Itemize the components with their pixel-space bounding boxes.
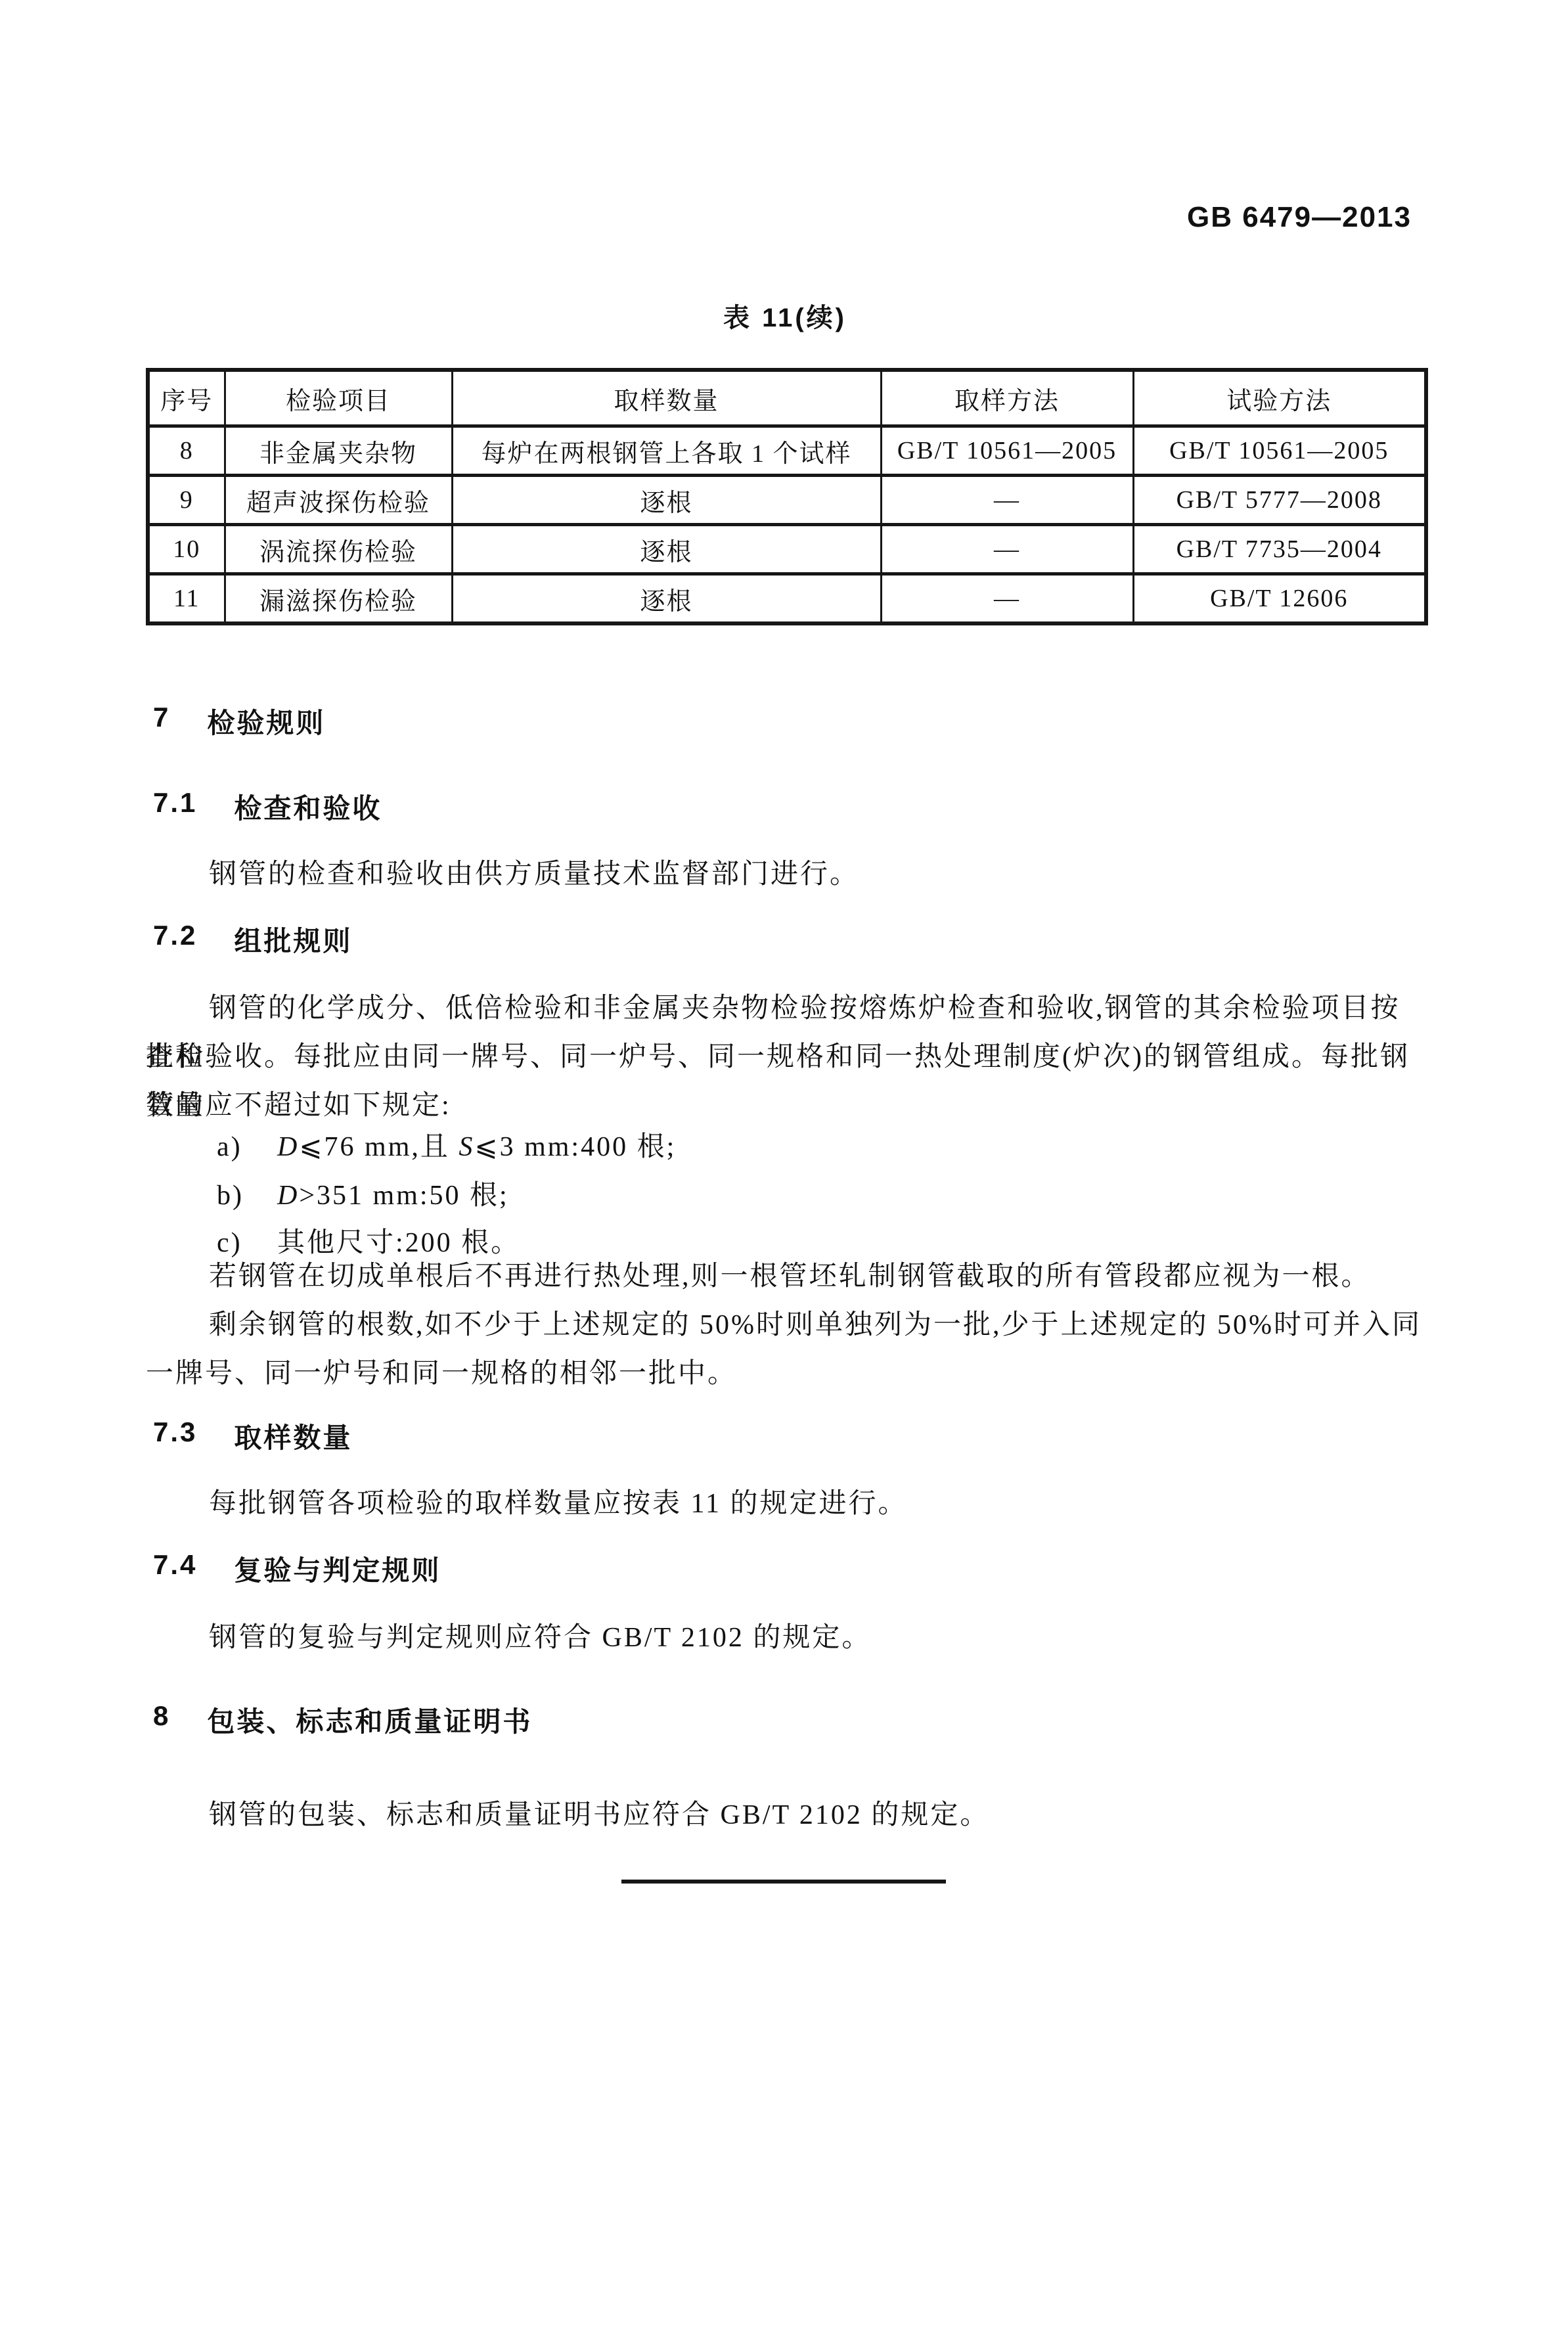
cell-no: 10	[148, 525, 225, 574]
col-header-no: 序号	[148, 370, 225, 426]
cell-test: GB/T 7735—2004	[1133, 525, 1426, 574]
table-header-row: 序号 检验项目 取样数量 取样方法 试验方法	[148, 370, 1426, 426]
list-text: ⩽76 mm,且	[299, 1132, 459, 1162]
section-7-2-paragraph: 若钢管在切成单根后不再进行热处理,则一根管坯轧制钢管截取的所有管段都应视为一根。	[146, 1252, 1424, 1301]
table-row: 8 非金属夹杂物 每炉在两根钢管上各取 1 个试样 GB/T 10561—200…	[148, 426, 1426, 476]
cell-quantity: 逐根	[452, 574, 881, 624]
section-7-3-paragraph: 每批钢管各项检验的取样数量应按表 11 的规定进行。	[146, 1479, 1424, 1528]
cell-quantity: 逐根	[452, 476, 881, 525]
section-8-heading: 8 包装、标志和质量证明书	[153, 1700, 1424, 1740]
cell-method: —	[881, 525, 1133, 574]
cell-test: GB/T 10561—2005	[1133, 426, 1426, 476]
list-text: >351 mm:50 根;	[299, 1181, 508, 1211]
section-7-3-heading: 7.3 取样数量	[153, 1416, 1424, 1456]
end-of-document-rule	[621, 1880, 946, 1884]
batch-rule-item-a: a)D⩽76 mm,且 S⩽3 mm:400 根;	[217, 1125, 1424, 1164]
col-header-item: 检验项目	[225, 370, 452, 426]
list-label: b)	[217, 1180, 277, 1211]
cell-test: GB/T 5777—2008	[1133, 476, 1426, 525]
col-header-method: 取样方法	[881, 370, 1133, 426]
cell-no: 8	[148, 426, 225, 476]
table-row: 10 涡流探伤检验 逐根 — GB/T 7735—2004	[148, 525, 1426, 574]
sampling-table-wrap: 序号 检验项目 取样数量 取样方法 试验方法 8 非金属夹杂物 每炉在两根钢管上…	[146, 368, 1424, 625]
symbol-S: S	[459, 1132, 474, 1162]
cell-item: 非金属夹杂物	[225, 426, 452, 476]
list-text: ⩽3 mm:400 根;	[474, 1132, 676, 1162]
section-number: 7.3	[153, 1416, 197, 1456]
section-title: 检验规则	[207, 702, 325, 741]
section-number: 7.1	[153, 787, 197, 826]
cell-quantity: 每炉在两根钢管上各取 1 个试样	[452, 426, 881, 476]
cell-item: 漏滋探伤检验	[225, 574, 452, 624]
section-7-1-paragraph: 钢管的检查和验收由供方质量技术监督部门进行。	[146, 850, 1424, 899]
section-title: 组批规则	[234, 920, 352, 959]
col-header-quantity: 取样数量	[452, 370, 881, 426]
symbol-D: D	[277, 1132, 299, 1162]
sampling-table: 序号 检验项目 取样数量 取样方法 试验方法 8 非金属夹杂物 每炉在两根钢管上…	[146, 368, 1428, 625]
section-title: 检查和验收	[234, 787, 382, 826]
section-number: 7	[153, 702, 170, 741]
table-row: 9 超声波探伤检验 逐根 — GB/T 5777—2008	[148, 476, 1426, 525]
section-7-4-heading: 7.4 复验与判定规则	[153, 1549, 1424, 1589]
cell-quantity: 逐根	[452, 525, 881, 574]
list-label: a)	[217, 1131, 277, 1163]
section-7-2-paragraph-line: 数量应不超过如下规定:	[146, 1081, 1424, 1130]
section-7-4-paragraph: 钢管的复验与判定规则应符合 GB/T 2102 的规定。	[146, 1614, 1424, 1662]
doc-number: GB 6479—2013	[1187, 201, 1412, 234]
cell-no: 9	[148, 476, 225, 525]
section-title: 包装、标志和质量证明书	[207, 1700, 532, 1740]
section-7-2-heading: 7.2 组批规则	[153, 920, 1424, 959]
document-page: GB 6479—2013 表 11(续) 序号 检验项目 取样数量 取样方法 试…	[0, 0, 1568, 2325]
section-7-heading: 7 检验规则	[153, 702, 1424, 741]
cell-no: 11	[148, 574, 225, 624]
cell-item: 涡流探伤检验	[225, 525, 452, 574]
cell-test: GB/T 12606	[1133, 574, 1426, 624]
table-row: 11 漏滋探伤检验 逐根 — GB/T 12606	[148, 574, 1426, 624]
section-7-2-paragraph-line: 一牌号、同一炉号和同一规格的相邻一批中。	[146, 1349, 1424, 1398]
cell-item: 超声波探伤检验	[225, 476, 452, 525]
table-title: 表 11(续)	[146, 297, 1424, 334]
symbol-D: D	[277, 1181, 299, 1211]
section-7-2-paragraph-line: 剩余钢管的根数,如不少于上述规定的 50%时则单独列为一批,少于上述规定的 50…	[146, 1301, 1424, 1349]
cell-method: —	[881, 476, 1133, 525]
col-header-test: 试验方法	[1133, 370, 1426, 426]
cell-method: GB/T 10561—2005	[881, 426, 1133, 476]
section-title: 复验与判定规则	[234, 1549, 441, 1589]
section-8-paragraph: 钢管的包装、标志和质量证明书应符合 GB/T 2102 的规定。	[146, 1791, 1424, 1840]
batch-rule-item-b: b)D>351 mm:50 根;	[217, 1173, 1424, 1213]
section-number: 8	[153, 1700, 170, 1740]
cell-method: —	[881, 574, 1133, 624]
section-number: 7.2	[153, 920, 197, 959]
section-title: 取样数量	[234, 1416, 352, 1456]
section-7-1-heading: 7.1 检查和验收	[153, 787, 1424, 826]
section-number: 7.4	[153, 1549, 197, 1589]
